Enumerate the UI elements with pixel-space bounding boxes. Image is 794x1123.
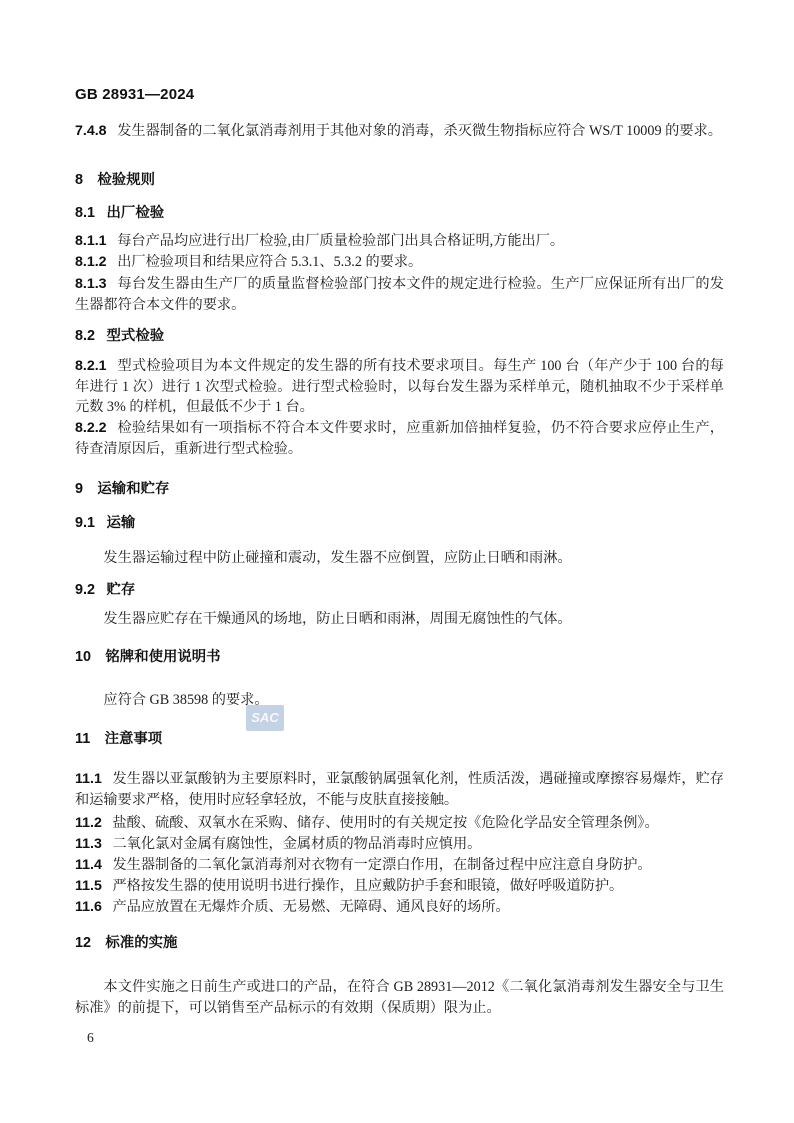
clause-number: 11.1 — [75, 771, 102, 787]
clause-text: 注意事项 — [105, 731, 163, 747]
clause-text: 每台产品均应进行出厂检验,由厂质量检验部门出具合格证明,方能出厂。 — [117, 233, 564, 249]
subsection-heading: 8.2型式检验 — [75, 326, 724, 347]
clause-paragraph: 8.2.2检验结果如有一项指标不符合本文件要求时，应重新加倍抽样复验，仍不符合要… — [75, 418, 724, 459]
clause-number: 8.2.1 — [75, 358, 107, 374]
clause-text: 标准的实施 — [105, 935, 177, 951]
subsection-heading: 9.1运输 — [75, 513, 724, 534]
clause-number: 11.4 — [75, 857, 102, 873]
clause-number: 11 — [75, 731, 90, 747]
subsection-heading: 8.1出厂检验 — [75, 203, 724, 224]
clause-paragraph: 11.4发生器制备的二氧化氯消毒剂对衣物有一定漂白作用，在制备过程中应注意自身防… — [75, 855, 724, 876]
body-paragraph: 发生器应贮存在干燥通风的场地，防止日晒和雨淋，周围无腐蚀性的气体。 — [75, 609, 724, 630]
clause-text: 运输 — [107, 515, 136, 531]
clause-number: 8 — [75, 172, 83, 188]
clause-text: 铭牌和使用说明书 — [105, 649, 220, 665]
clause-paragraph: 11.1发生器以亚氯酸钠为主要原料时，亚氯酸钠属强氧化剂，性质活泼，遇碰撞或摩擦… — [75, 769, 724, 810]
clause-text: 贮存 — [107, 582, 136, 598]
clause-text: 出厂检验 — [107, 205, 165, 221]
clause-text: 出厂检验项目和结果应符合 5.3.1、5.3.2 的要求。 — [117, 254, 422, 270]
body-paragraph: 本文件实施之日前生产或进口的产品，在符合 GB 28931—2012《二氧化氯消… — [75, 977, 724, 1018]
clause-number: 7.4.8 — [75, 123, 107, 139]
clause-paragraph: 11.2盐酸、硫酸、双氧水在采购、储存、使用时的有关规定按《危险化学品安全管理条… — [75, 813, 724, 834]
section-heading: 11注意事项 — [75, 729, 724, 750]
clause-number: 8.2.2 — [75, 420, 107, 436]
sac-watermark: SAC — [246, 705, 284, 731]
clause-paragraph: 7.4.8发生器制备的二氧化氯消毒剂用于其他对象的消毒，杀灭微生物指标应符合 W… — [75, 121, 724, 142]
clause-paragraph: 11.3二氧化氯对金属有腐蚀性，金属材质的物品消毒时应慎用。 — [75, 834, 724, 855]
subsection-heading: 9.2贮存 — [75, 580, 724, 601]
clause-text: 发生器运输过程中防止碰撞和震动，发生器不应倒置，应防止日晒和雨淋。 — [103, 550, 571, 566]
clause-text: 盐酸、硫酸、双氧水在采购、储存、使用时的有关规定按《危险化学品安全管理条例》。 — [112, 815, 658, 831]
clause-number: 12 — [75, 935, 91, 951]
clause-paragraph: 8.1.3每台发生器由生产厂的质量监督检验部门按本文件的规定进行检验。生产厂应保… — [75, 274, 724, 315]
section-heading: 9运输和贮存 — [75, 479, 724, 500]
clause-text: 发生器制备的二氧化氯消毒剂用于其他对象的消毒，杀灭微生物指标应符合 WS/T 1… — [117, 123, 722, 139]
clause-text: 检验规则 — [97, 172, 155, 188]
page-number: 6 — [87, 1030, 94, 1046]
clause-text: 发生器以亚氯酸钠为主要原料时，亚氯酸钠属强氧化剂，性质活泼，遇碰撞或摩擦容易爆炸… — [75, 771, 724, 808]
clause-paragraph: 8.1.2出厂检验项目和结果应符合 5.3.1、5.3.2 的要求。 — [75, 252, 724, 273]
clause-number: 8.1 — [75, 205, 95, 221]
body-paragraph: 应符合 GB 38598 的要求。 — [75, 690, 724, 711]
clause-number: 9.2 — [75, 582, 95, 598]
clause-text: 运输和贮存 — [97, 481, 169, 497]
clause-text: 检验结果如有一项指标不符合本文件要求时，应重新加倍抽样复验，仍不符合要求应停止生… — [75, 420, 724, 457]
clause-text: 本文件实施之日前生产或进口的产品，在符合 GB 28931—2012《二氧化氯消… — [75, 979, 724, 1016]
clause-number: 8.1.1 — [75, 233, 107, 249]
clause-number: 11.6 — [75, 899, 102, 915]
clause-text: 二氧化氯对金属有腐蚀性，金属材质的物品消毒时应慎用。 — [112, 836, 481, 852]
document-page: GB 28931—2024 7.4.8发生器制备的二氧化氯消毒剂用于其他对象的消… — [0, 0, 794, 1123]
section-heading: 10铭牌和使用说明书 — [75, 647, 724, 668]
section-heading: 8检验规则 — [75, 170, 724, 191]
clause-text: 发生器应贮存在干燥通风的场地，防止日晒和雨淋，周围无腐蚀性的气体。 — [103, 611, 571, 627]
clause-number: 9.1 — [75, 515, 95, 531]
clause-number: 11.3 — [75, 836, 102, 852]
clause-text: 型式检验 — [107, 328, 165, 344]
clause-paragraph: 8.1.1每台产品均应进行出厂检验,由厂质量检验部门出具合格证明,方能出厂。 — [75, 231, 724, 252]
body-paragraph: 发生器运输过程中防止碰撞和震动，发生器不应倒置，应防止日晒和雨淋。 — [75, 548, 724, 569]
standard-number-header: GB 28931—2024 — [75, 86, 194, 103]
clause-text: 应符合 GB 38598 的要求。 — [103, 692, 268, 708]
clause-text: 发生器制备的二氧化氯消毒剂对衣物有一定漂白作用，在制备过程中应注意自身防护。 — [112, 857, 651, 873]
clause-number: 11.2 — [75, 815, 102, 831]
clause-number: 10 — [75, 649, 91, 665]
clause-text: 产品应放置在无爆炸介质、无易燃、无障碍、通风良好的场所。 — [112, 899, 509, 915]
clause-text: 型式检验项目为本文件规定的发生器的所有技术要求项目。每生产 100 台（年产少于… — [75, 358, 724, 415]
clause-number: 9 — [75, 481, 83, 497]
clause-number: 11.5 — [75, 878, 102, 894]
clause-text: 每台发生器由生产厂的质量监督检验部门按本文件的规定进行检验。生产厂应保证所有出厂… — [75, 276, 724, 313]
clause-number: 8.2 — [75, 328, 95, 344]
clause-paragraph: 8.2.1型式检验项目为本文件规定的发生器的所有技术要求项目。每生产 100 台… — [75, 356, 724, 418]
section-heading: 12标准的实施 — [75, 933, 724, 954]
clause-paragraph: 11.5严格按发生器的使用说明书进行操作，且应戴防护手套和眼镜，做好呼吸道防护。 — [75, 876, 724, 897]
clause-number: 8.1.2 — [75, 254, 107, 270]
clause-paragraph: 11.6产品应放置在无爆炸介质、无易燃、无障碍、通风良好的场所。 — [75, 897, 724, 918]
clause-number: 8.1.3 — [75, 276, 107, 292]
clause-text: 严格按发生器的使用说明书进行操作，且应戴防护手套和眼镜，做好呼吸道防护。 — [112, 878, 623, 894]
